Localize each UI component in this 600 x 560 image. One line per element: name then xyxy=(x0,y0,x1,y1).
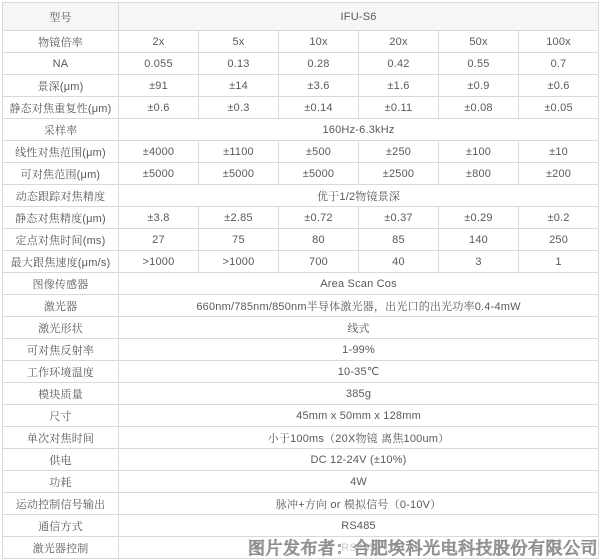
spec-cell: ±0.72 xyxy=(279,207,359,229)
table-row: 静态对焦精度(μm)±3.8±2.85±0.72±0.37±0.29±0.2 xyxy=(3,207,599,229)
spec-table-body: 型号IFU-S6物镜倍率2x5x10x20x50x100xNA0.0550.13… xyxy=(3,3,599,559)
table-row: 运动控制信号输出脉冲+方向 or 模拟信号（0-10V） xyxy=(3,493,599,515)
spec-cell-span: 10-35℃ xyxy=(119,361,599,383)
table-row: 型号IFU-S6 xyxy=(3,3,599,31)
spec-cell: ±1.6 xyxy=(359,75,439,97)
spec-cell: ±0.3 xyxy=(199,97,279,119)
spec-cell: 0.7 xyxy=(519,53,599,75)
spec-row-label: 型号 xyxy=(3,3,119,31)
spec-row-label: 图像传感器 xyxy=(3,273,119,295)
spec-row-label: 定点对焦时间(ms) xyxy=(3,229,119,251)
spec-cell: 40 xyxy=(359,251,439,273)
spec-row-label: 静态对焦精度(μm) xyxy=(3,207,119,229)
spec-cell: ±200 xyxy=(519,163,599,185)
spec-cell: 3 xyxy=(439,251,519,273)
spec-sheet-page: 型号IFU-S6物镜倍率2x5x10x20x50x100xNA0.0550.13… xyxy=(0,0,600,560)
spec-row-label: 景深(μm) xyxy=(3,75,119,97)
spec-row-label: 物镜倍率 xyxy=(3,31,119,53)
spec-row-label: 激光器 xyxy=(3,295,119,317)
spec-row-label: 激光形状 xyxy=(3,317,119,339)
table-row: 动态跟踪对焦精度优于1/2物镜景深 xyxy=(3,185,599,207)
spec-cell: 5x xyxy=(199,31,279,53)
spec-cell-span: 385g xyxy=(119,383,599,405)
table-row: 激光器660nm/785nm/850nm半导体激光器，出光口的出光功率0.4-4… xyxy=(3,295,599,317)
spec-cell-span: 45mm x 50mm x 128mm xyxy=(119,405,599,427)
table-row: 尺寸45mm x 50mm x 128mm xyxy=(3,405,599,427)
spec-row-label: 模块质量 xyxy=(3,383,119,405)
table-row: 功耗4W xyxy=(3,471,599,493)
spec-cell-span: 660nm/785nm/850nm半导体激光器，出光口的出光功率0.4-4mW xyxy=(119,295,599,317)
spec-cell: 0.42 xyxy=(359,53,439,75)
spec-row-label: NA xyxy=(3,53,119,75)
spec-cell-span: 1-99% xyxy=(119,339,599,361)
spec-cell: ±1100 xyxy=(199,141,279,163)
table-row: 模块质量385g xyxy=(3,383,599,405)
spec-row-label: 动态跟踪对焦精度 xyxy=(3,185,119,207)
spec-cell: ±0.08 xyxy=(439,97,519,119)
spec-cell-span: 脉冲+方向 or 模拟信号（0-10V） xyxy=(119,493,599,515)
spec-cell: ±250 xyxy=(359,141,439,163)
table-row: 最大跟焦速度(μm/s)>1000>10007004031 xyxy=(3,251,599,273)
spec-cell-span: 小于100ms（20X物镜 离焦100um） xyxy=(119,427,599,449)
table-row: 供电DC 12-24V (±10%) xyxy=(3,449,599,471)
spec-cell: ±3.6 xyxy=(279,75,359,97)
spec-cell: ±2.85 xyxy=(199,207,279,229)
table-row: 可对焦反射率1-99% xyxy=(3,339,599,361)
spec-cell: ±2500 xyxy=(359,163,439,185)
spec-row-label: 供电 xyxy=(3,449,119,471)
spec-cell: 0.055 xyxy=(119,53,199,75)
spec-cell: ±0.11 xyxy=(359,97,439,119)
spec-cell: ±5000 xyxy=(279,163,359,185)
spec-cell-span: 4W xyxy=(119,471,599,493)
spec-cell: 85 xyxy=(359,229,439,251)
spec-cell: ±500 xyxy=(279,141,359,163)
spec-cell: 0.28 xyxy=(279,53,359,75)
spec-cell: 0.13 xyxy=(199,53,279,75)
spec-row-label: 尺寸 xyxy=(3,405,119,427)
spec-cell: >1000 xyxy=(119,251,199,273)
spec-cell: ±0.37 xyxy=(359,207,439,229)
spec-row-label: 激光器控制 xyxy=(3,537,119,559)
spec-cell: ±4000 xyxy=(119,141,199,163)
spec-cell: 2x xyxy=(119,31,199,53)
spec-cell: ±0.05 xyxy=(519,97,599,119)
publisher-watermark: 图片发布者：合肥埃科光电科技股份有限公司 xyxy=(248,539,598,559)
table-row: 景深(μm)±91±14±3.6±1.6±0.9±0.6 xyxy=(3,75,599,97)
spec-table: 型号IFU-S6物镜倍率2x5x10x20x50x100xNA0.0550.13… xyxy=(2,2,599,559)
spec-cell-span: RS485 xyxy=(119,515,599,537)
table-row: 物镜倍率2x5x10x20x50x100x xyxy=(3,31,599,53)
spec-row-label: 最大跟焦速度(μm/s) xyxy=(3,251,119,273)
spec-cell: 140 xyxy=(439,229,519,251)
spec-cell: ±0.6 xyxy=(119,97,199,119)
spec-row-label: 可对焦反射率 xyxy=(3,339,119,361)
spec-row-label: 功耗 xyxy=(3,471,119,493)
spec-cell: >1000 xyxy=(199,251,279,273)
spec-cell: 27 xyxy=(119,229,199,251)
spec-cell: ±5000 xyxy=(199,163,279,185)
spec-cell-span: 线式 xyxy=(119,317,599,339)
table-row: 静态对焦重复性(μm)±0.6±0.3±0.14±0.11±0.08±0.05 xyxy=(3,97,599,119)
table-row: 定点对焦时间(ms)27758085140250 xyxy=(3,229,599,251)
table-row: 通信方式RS485 xyxy=(3,515,599,537)
spec-cell-span: 优于1/2物镜景深 xyxy=(119,185,599,207)
spec-row-label: 通信方式 xyxy=(3,515,119,537)
spec-cell: 50x xyxy=(439,31,519,53)
spec-cell: ±0.14 xyxy=(279,97,359,119)
spec-cell: 80 xyxy=(279,229,359,251)
spec-cell: ±5000 xyxy=(119,163,199,185)
table-row: NA0.0550.130.280.420.550.7 xyxy=(3,53,599,75)
spec-cell: 250 xyxy=(519,229,599,251)
spec-cell: 10x xyxy=(279,31,359,53)
spec-cell: 75 xyxy=(199,229,279,251)
spec-cell-span: DC 12-24V (±10%) xyxy=(119,449,599,471)
spec-cell: ±0.6 xyxy=(519,75,599,97)
spec-cell: 1 xyxy=(519,251,599,273)
spec-cell-span: Area Scan Cos xyxy=(119,273,599,295)
spec-cell: ±100 xyxy=(439,141,519,163)
spec-cell: ±10 xyxy=(519,141,599,163)
spec-cell: 700 xyxy=(279,251,359,273)
spec-cell: 100x xyxy=(519,31,599,53)
table-row: 线性对焦范围(μm)±4000±1100±500±250±100±10 xyxy=(3,141,599,163)
spec-cell: ±800 xyxy=(439,163,519,185)
spec-row-label: 单次对焦时间 xyxy=(3,427,119,449)
spec-cell-span: 160Hz-6.3kHz xyxy=(119,119,599,141)
spec-cell: ±3.8 xyxy=(119,207,199,229)
spec-row-label: 线性对焦范围(μm) xyxy=(3,141,119,163)
table-row: 图像传感器Area Scan Cos xyxy=(3,273,599,295)
spec-row-label: 静态对焦重复性(μm) xyxy=(3,97,119,119)
spec-cell: 0.55 xyxy=(439,53,519,75)
table-row: 单次对焦时间小于100ms（20X物镜 离焦100um） xyxy=(3,427,599,449)
table-row: 激光形状线式 xyxy=(3,317,599,339)
spec-row-label: 采样率 xyxy=(3,119,119,141)
table-row: 工作环境温度10-35℃ xyxy=(3,361,599,383)
spec-cell: ±0.2 xyxy=(519,207,599,229)
spec-row-label: 可对焦范围(μm) xyxy=(3,163,119,185)
spec-cell-span: IFU-S6 xyxy=(119,3,599,31)
spec-cell: ±91 xyxy=(119,75,199,97)
spec-row-label: 工作环境温度 xyxy=(3,361,119,383)
table-row: 采样率160Hz-6.3kHz xyxy=(3,119,599,141)
spec-cell: 20x xyxy=(359,31,439,53)
spec-cell: ±14 xyxy=(199,75,279,97)
table-row: 可对焦范围(μm)±5000±5000±5000±2500±800±200 xyxy=(3,163,599,185)
spec-row-label: 运动控制信号输出 xyxy=(3,493,119,515)
spec-cell: ±0.29 xyxy=(439,207,519,229)
spec-cell: ±0.9 xyxy=(439,75,519,97)
